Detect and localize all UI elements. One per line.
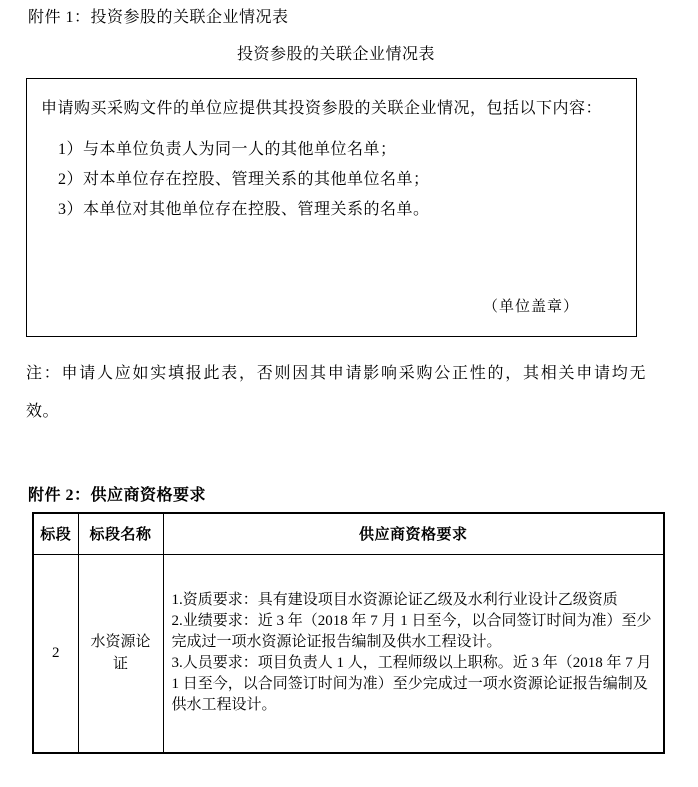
requirement-personnel: 3.人员要求：项目负责人 1 人，工程师级以上职称。近 3 年（2018 年 7… [172, 653, 656, 716]
attachment1-heading: 附件 1：投资参股的关联企业情况表 [28, 8, 289, 28]
attachment1-notice-box: 申请购买采购文件的单位应提供其投资参股的关联企业情况，包括以下内容： 1）与本单… [26, 78, 637, 337]
requirement-qualification: 1.资质要求：具有建设项目水资源论证乙级及水利行业设计乙级资质 [172, 590, 656, 611]
notice-item-3: 3）本单位对其他单位存在控股、管理关系的名单。 [58, 195, 622, 225]
notice-item-list: 1）与本单位负责人为同一人的其他单位名单； 2）对本单位存在控股、管理关系的其他… [58, 135, 622, 225]
cell-section-number: 2 [33, 554, 78, 753]
requirement-performance: 2.业绩要求：近 3 年（2018 年 7 月 1 日至今，以合同签订时间为准）… [172, 611, 656, 653]
cell-section-name: 水资源论证 [78, 554, 163, 753]
header-section-name: 标段名称 [78, 513, 163, 554]
header-requirements: 供应商资格要求 [163, 513, 664, 554]
note-line-2: 效。 [26, 393, 646, 431]
supplier-qualification-table: 标段 标段名称 供应商资格要求 2 水资源论证 1.资质要求：具有建设项目水资源… [32, 512, 665, 754]
table-row: 2 水资源论证 1.资质要求：具有建设项目水资源论证乙级及水利行业设计乙级资质 … [33, 554, 664, 753]
cell-requirements: 1.资质要求：具有建设项目水资源论证乙级及水利行业设计乙级资质 2.业绩要求：近… [163, 554, 664, 753]
attachment2-heading: 附件 2：供应商资格要求 [28, 486, 206, 506]
notice-item-2: 2）对本单位存在控股、管理关系的其他单位名单； [58, 165, 622, 195]
attachment1-table-title: 投资参股的关联企业情况表 [0, 45, 672, 65]
seal-label: （单位盖章） [483, 295, 579, 316]
note-paragraph: 注：申请人应如实填报此表，否则因其申请影响采购公正性的，其相关申请均无 效。 [26, 355, 646, 431]
table-header-row: 标段 标段名称 供应商资格要求 [33, 513, 664, 554]
note-line-1: 注：申请人应如实填报此表，否则因其申请影响采购公正性的，其相关申请均无 [26, 355, 646, 393]
notice-intro: 申请购买采购文件的单位应提供其投资参股的关联企业情况，包括以下内容： [41, 99, 622, 118]
notice-item-1: 1）与本单位负责人为同一人的其他单位名单； [58, 135, 622, 165]
header-section: 标段 [33, 513, 78, 554]
